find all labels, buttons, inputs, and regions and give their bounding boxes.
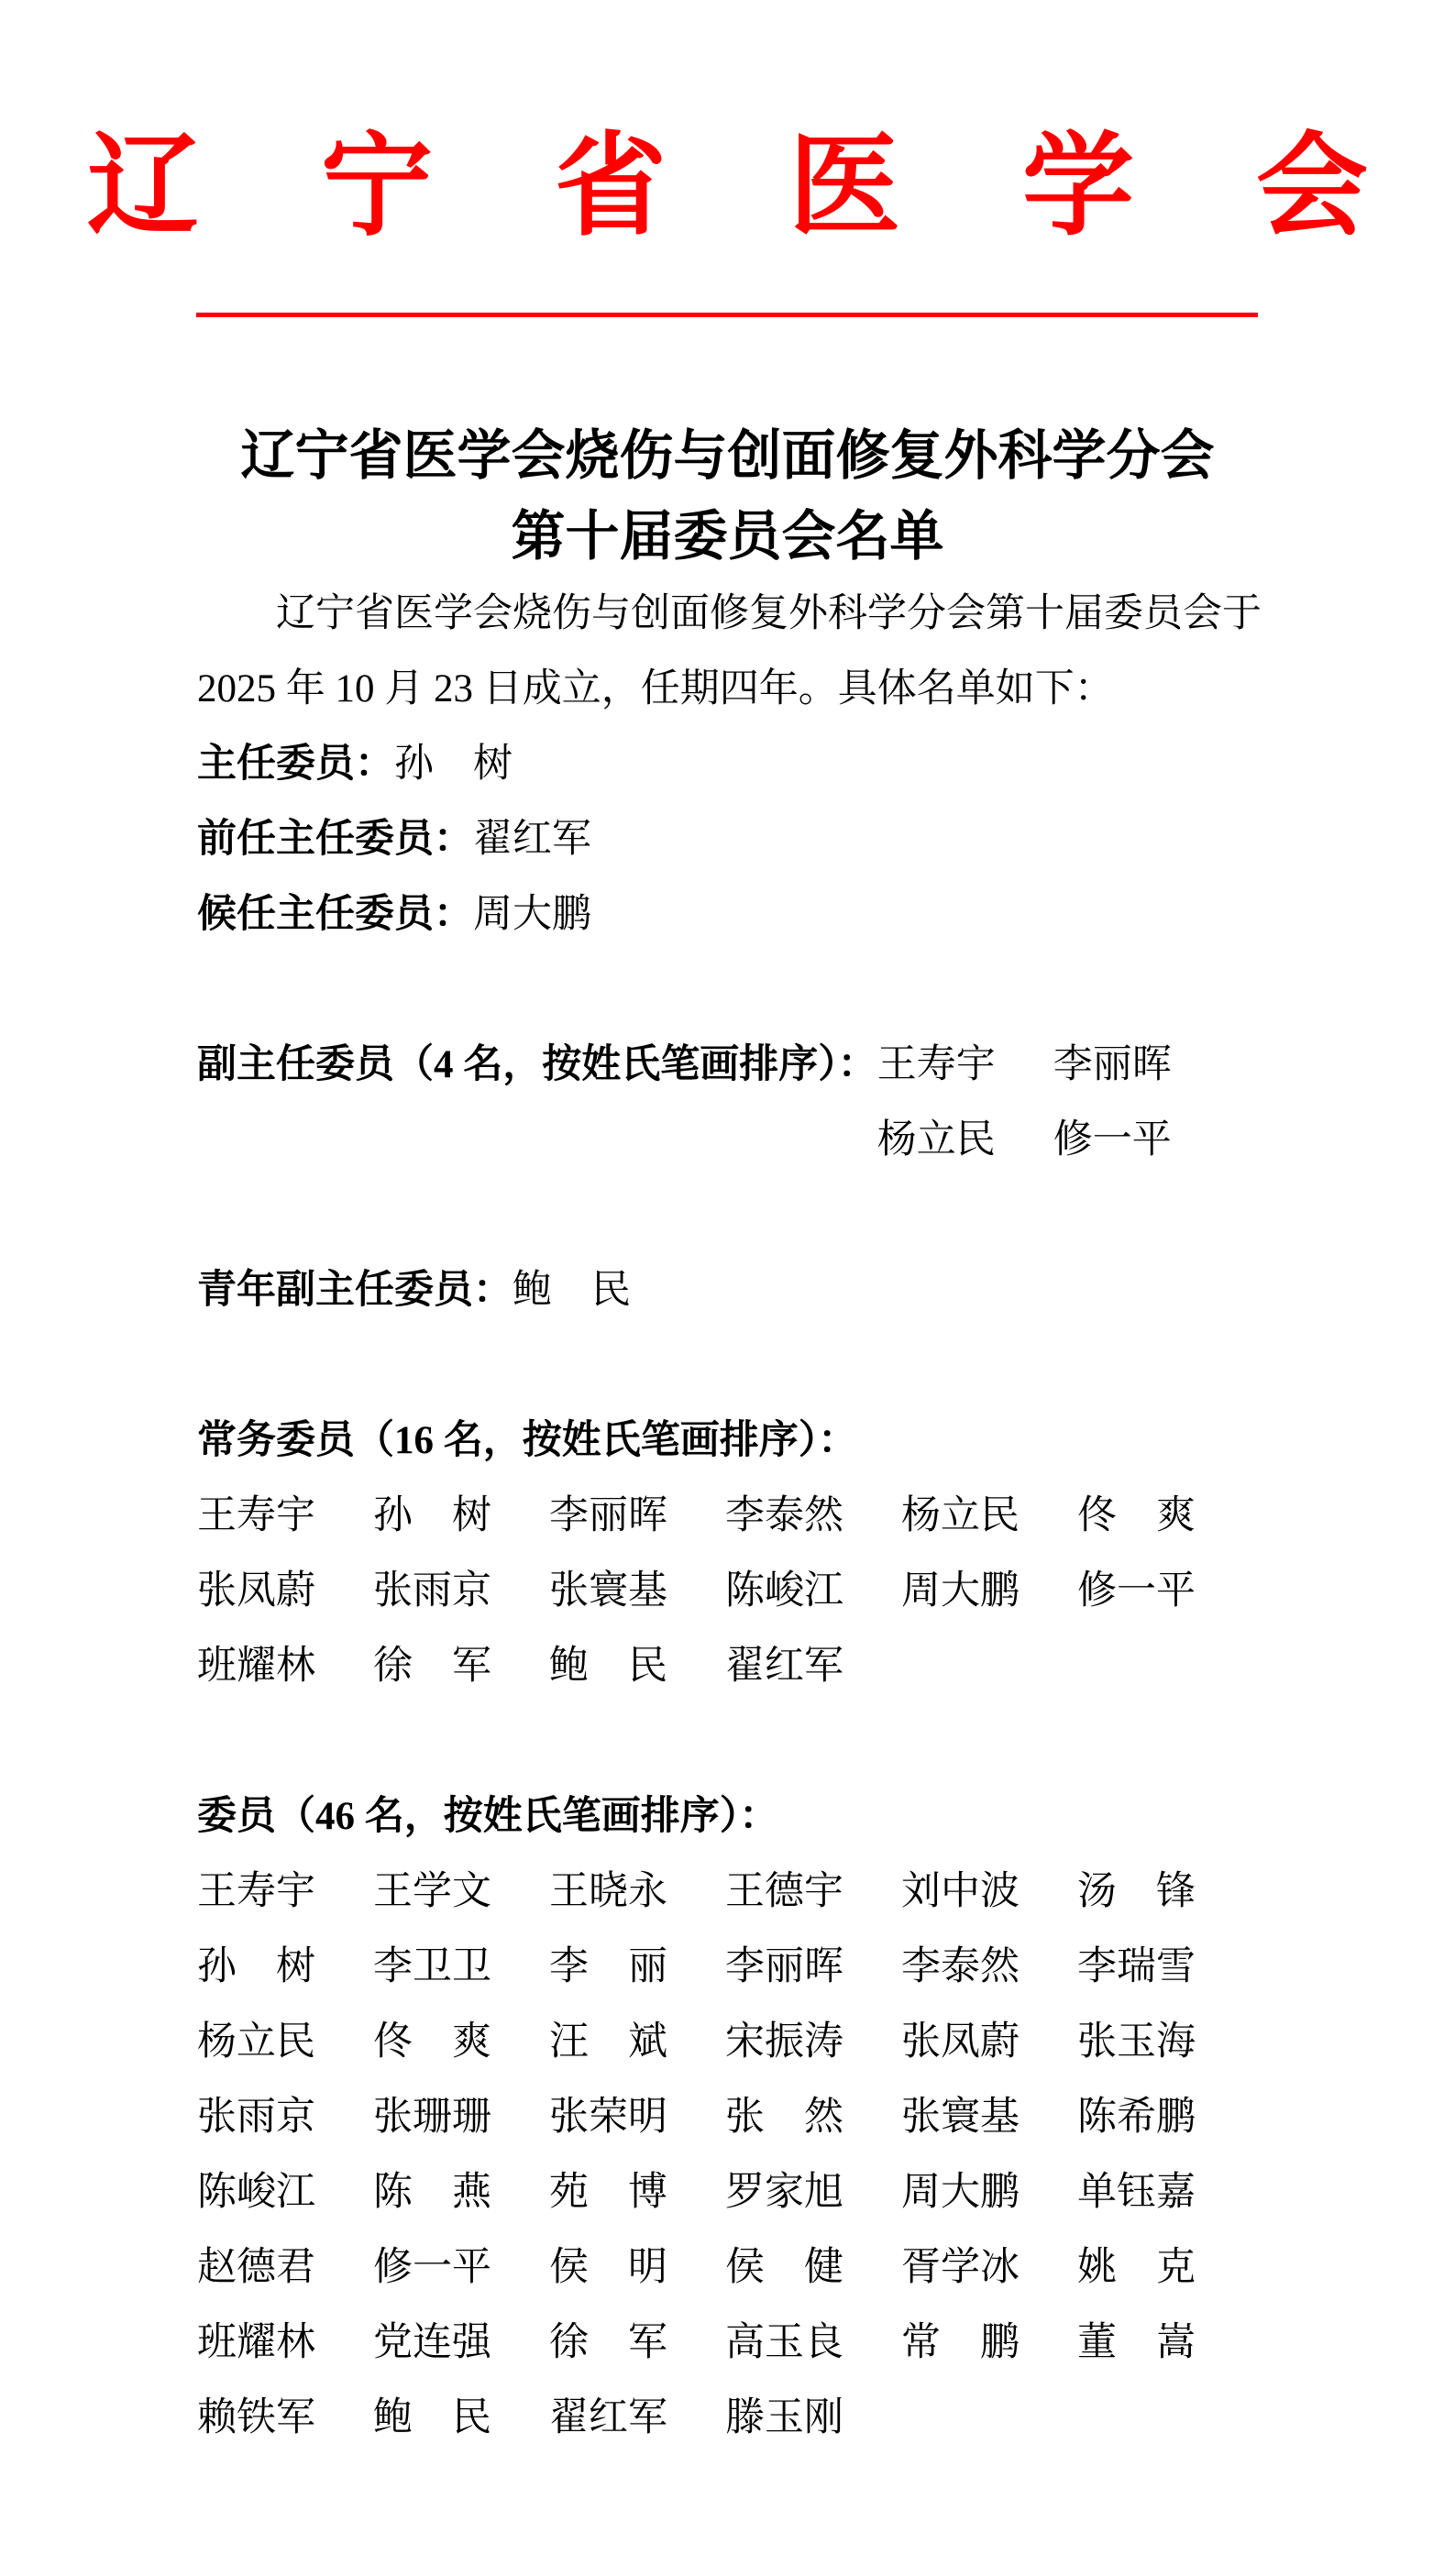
member-name: 杨立民 xyxy=(197,2005,373,2080)
member-name: 张寰基 xyxy=(549,1554,725,1629)
member-name: 滕玉刚 xyxy=(725,2381,901,2456)
member-name: 陈 燕 xyxy=(373,2155,549,2230)
member-name: 杨立民 xyxy=(877,1103,1053,1178)
chairman-label: 主任委员： xyxy=(197,743,394,786)
member-name: 王寿宇 xyxy=(877,1028,1053,1103)
name-row: 张雨京张珊珊张荣明张 然张寰基陈希鹏 xyxy=(197,2080,1259,2155)
member-name: 汪 斌 xyxy=(549,2005,725,2080)
name-row: 王寿宇孙 树李丽晖李泰然杨立民佟 爽 xyxy=(197,1479,1259,1554)
spacer xyxy=(197,1328,1259,1404)
member-name: 赵德君 xyxy=(197,2230,373,2306)
member-name: 侯 明 xyxy=(549,2230,725,2306)
member-name: 赖铁军 xyxy=(197,2381,373,2456)
member-name: 张雨京 xyxy=(197,2080,373,2155)
name-row: 班耀林党连强徐 军高玉良常 鹏董 嵩 xyxy=(197,2306,1259,2381)
member-name: 张雨京 xyxy=(373,1554,549,1629)
standing-committee-list: 王寿宇孙 树李丽晖李泰然杨立民佟 爽张凤蔚张雨京张寰基陈峻江周大鹏修一平班耀林徐… xyxy=(197,1479,1259,1704)
member-name: 鲍 民 xyxy=(373,2381,549,2456)
member-name: 王晓永 xyxy=(549,1855,725,1930)
member-name: 徐 军 xyxy=(549,2306,725,2381)
letterhead-rule xyxy=(196,313,1258,317)
member-name: 汤 锋 xyxy=(1077,1855,1253,1930)
vice-chairmen-line: 副主任委员（4 名，按姓氏笔画排序）： 王寿宇李丽晖杨立民修一平 xyxy=(197,1028,1259,1178)
member-name: 王寿宇 xyxy=(197,1479,373,1554)
member-name: 陈峻江 xyxy=(725,1554,901,1629)
former-chairman-label: 前任主任委员： xyxy=(197,818,473,861)
letterhead-org-name: 辽 宁 省 医 学 会 xyxy=(0,124,1455,252)
member-name: 周大鹏 xyxy=(901,1554,1077,1629)
member-name: 刘中波 xyxy=(901,1855,1077,1930)
document-page: 辽 宁 省 医 学 会 辽宁省医学会烧伤与创面修复外科学分会 第十届委员会名单 … xyxy=(0,0,1455,2576)
member-name: 佟 爽 xyxy=(1077,1479,1253,1554)
spacer xyxy=(197,1178,1259,1253)
chairman-line: 主任委员：孙 树 xyxy=(197,727,1259,802)
member-name: 姚 克 xyxy=(1077,2230,1253,2306)
member-name: 佟 爽 xyxy=(373,2005,549,2080)
member-name: 单钰嘉 xyxy=(1077,2155,1253,2230)
member-name: 董 嵩 xyxy=(1077,2306,1253,2381)
members-list: 王寿宇王学文王晓永王德宇刘中波汤 锋孙 树李卫卫李 丽李丽晖李泰然李瑞雪杨立民佟… xyxy=(197,1855,1259,2456)
vice-chairmen-label: 副主任委员（4 名，按姓氏笔画排序）： xyxy=(197,1028,877,1103)
document-body: 辽宁省医学会烧伤与创面修复外科学分会第十届委员会于 2025 年 10 月 23… xyxy=(197,577,1259,2456)
member-name: 班耀林 xyxy=(197,1629,373,1704)
member-name: 徐 军 xyxy=(373,1629,549,1704)
member-name: 张玉海 xyxy=(1077,2005,1253,2080)
member-name: 修一平 xyxy=(373,2230,549,2306)
member-name: 班耀林 xyxy=(197,2306,373,2381)
member-name: 高玉良 xyxy=(725,2306,901,2381)
member-name: 王学文 xyxy=(373,1855,549,1930)
member-name: 张珊珊 xyxy=(373,2080,549,2155)
member-name: 李 丽 xyxy=(549,1930,725,2005)
spacer xyxy=(197,1704,1259,1779)
member-name: 孙 树 xyxy=(197,1930,373,2005)
intro-line-2: 2025 年 10 月 23 日成立，任期四年。具体名单如下： xyxy=(197,652,1259,727)
name-row: 陈峻江陈 燕苑 博罗家旭周大鹏单钰嘉 xyxy=(197,2155,1259,2230)
member-name: 王寿宇 xyxy=(197,1855,373,1930)
chairman-elect-label: 候任主任委员： xyxy=(197,893,473,936)
member-name: 陈希鹏 xyxy=(1077,2080,1253,2155)
member-name: 胥学冰 xyxy=(901,2230,1077,2306)
member-name: 孙 树 xyxy=(373,1479,549,1554)
member-name: 李泰然 xyxy=(725,1479,901,1554)
member-name: 杨立民 xyxy=(901,1479,1077,1554)
member-name: 李丽晖 xyxy=(1053,1028,1229,1103)
former-chairman-line: 前任主任委员：翟红军 xyxy=(197,802,1259,877)
member-name: 侯 健 xyxy=(725,2230,901,2306)
name-row: 张凤蔚张雨京张寰基陈峻江周大鹏修一平 xyxy=(197,1554,1259,1629)
member-name: 常 鹏 xyxy=(901,2306,1077,2381)
member-name: 周大鹏 xyxy=(901,2155,1077,2230)
member-name: 翟红军 xyxy=(549,2381,725,2456)
youth-vice-chairman-name: 鲍 民 xyxy=(513,1269,631,1312)
vice-chairmen-names: 王寿宇李丽晖杨立民修一平 xyxy=(877,1028,1229,1178)
member-name: 张寰基 xyxy=(901,2080,1077,2155)
member-name: 张凤蔚 xyxy=(197,1554,373,1629)
standing-committee-heading: 常务委员（16 名，按姓氏笔画排序）： xyxy=(197,1404,1259,1479)
member-name: 李泰然 xyxy=(901,1930,1077,2005)
name-row: 王寿宇王学文王晓永王德宇刘中波汤 锋 xyxy=(197,1855,1259,1930)
member-name: 张 然 xyxy=(725,2080,901,2155)
member-name: 李卫卫 xyxy=(373,1930,549,2005)
member-name: 张凤蔚 xyxy=(901,2005,1077,2080)
document-title-line2: 第十届委员会名单 xyxy=(0,496,1455,577)
name-row: 赖铁军鲍 民翟红军滕玉刚 xyxy=(197,2381,1259,2456)
member-name: 李丽晖 xyxy=(725,1930,901,2005)
member-name: 鲍 民 xyxy=(549,1629,725,1704)
member-name: 罗家旭 xyxy=(725,2155,901,2230)
member-name: 宋振涛 xyxy=(725,2005,901,2080)
youth-vice-chairman-line: 青年副主任委员：鲍 民 xyxy=(197,1253,1259,1328)
youth-vice-chairman-label: 青年副主任委员： xyxy=(197,1269,513,1312)
member-name: 陈峻江 xyxy=(197,2155,373,2230)
members-heading: 委员（46 名，按姓氏笔画排序）： xyxy=(197,1779,1259,1855)
chairman-name: 孙 树 xyxy=(394,743,513,786)
chairman-elect-line: 候任主任委员：周大鹏 xyxy=(197,877,1259,952)
name-row: 杨立民佟 爽汪 斌宋振涛张凤蔚张玉海 xyxy=(197,2005,1259,2080)
member-name: 苑 博 xyxy=(549,2155,725,2230)
former-chairman-name: 翟红军 xyxy=(473,818,591,861)
member-name: 修一平 xyxy=(1077,1554,1253,1629)
chairman-elect-name: 周大鹏 xyxy=(473,893,591,936)
member-name: 王德宇 xyxy=(725,1855,901,1930)
document-title: 辽宁省医学会烧伤与创面修复外科学分会 第十届委员会名单 xyxy=(0,415,1455,577)
name-row: 赵德君修一平侯 明侯 健胥学冰姚 克 xyxy=(197,2230,1259,2306)
member-name: 党连强 xyxy=(373,2306,549,2381)
member-name: 李丽晖 xyxy=(549,1479,725,1554)
member-name: 李瑞雪 xyxy=(1077,1930,1253,2005)
member-name: 张荣明 xyxy=(549,2080,725,2155)
intro-line-1: 辽宁省医学会烧伤与创面修复外科学分会第十届委员会于 xyxy=(197,577,1259,652)
document-title-line1: 辽宁省医学会烧伤与创面修复外科学分会 xyxy=(0,415,1455,496)
name-row: 班耀林徐 军鲍 民翟红军 xyxy=(197,1629,1259,1704)
name-row: 孙 树李卫卫李 丽李丽晖李泰然李瑞雪 xyxy=(197,1930,1259,2005)
member-name: 翟红军 xyxy=(725,1629,901,1704)
spacer xyxy=(197,952,1259,1028)
member-name: 修一平 xyxy=(1053,1103,1229,1178)
